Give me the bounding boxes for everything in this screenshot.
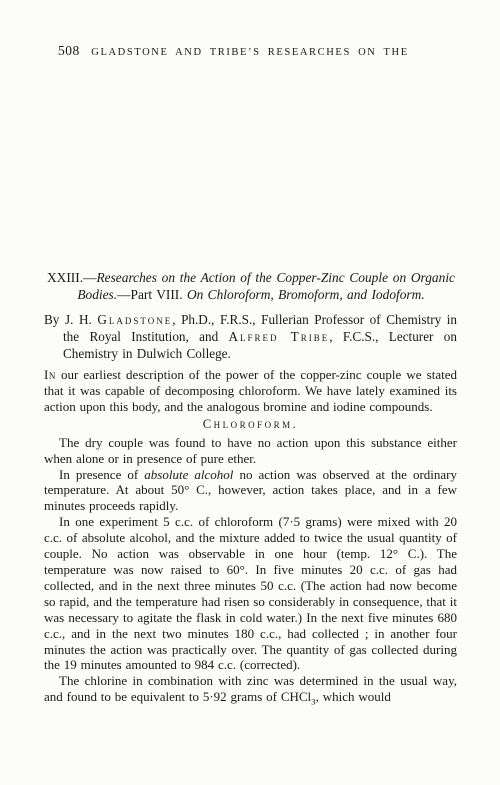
page-number: 508 <box>58 44 80 58</box>
section-heading: Chloroform. <box>44 416 457 432</box>
paragraph-experiment: In one experiment 5 c.c. of chloroform (… <box>44 514 457 673</box>
text-segment: absolute alcohol <box>144 467 233 482</box>
text-segment: Gladstone <box>97 312 172 327</box>
text-segment: , which would <box>316 689 391 704</box>
text-segment: In <box>44 367 56 382</box>
paragraph-dry-couple: The dry couple was found to have no acti… <box>44 435 457 467</box>
text-segment: On Chloroform, Bromoform, and Iodoform. <box>187 287 425 302</box>
text-segment: —Part VIII. <box>117 287 187 302</box>
text-segment: In one experiment 5 c.c. of chloroform (… <box>44 514 457 672</box>
intro-paragraph: In our earliest description of the power… <box>44 367 457 415</box>
text-segment: XXIII.— <box>47 270 96 285</box>
article-title: XXIII.—Researches on the Action of the C… <box>47 269 455 303</box>
text-segment: By J. H. <box>44 312 97 327</box>
text-segment: our earliest description of the power of… <box>44 367 457 414</box>
text-segment: The dry couple was found to have no acti… <box>44 435 457 466</box>
text-segment: Alfred Tribe <box>229 329 330 344</box>
byline: By J. H. Gladstone, Ph.D., F.R.S., Fulle… <box>44 311 457 363</box>
text-segment: The chlorine in combination with zinc wa… <box>44 673 457 704</box>
text-segment: In presence of <box>59 467 144 482</box>
paragraph-chlorine: The chlorine in combination with zinc wa… <box>44 673 457 705</box>
paragraph-absolute-alcohol: In presence of absolute alcohol no actio… <box>44 467 457 515</box>
article-body: In our earliest description of the power… <box>44 367 457 705</box>
document-page: 508 GLADSTONE AND TRIBE’S RESEARCHES ON … <box>0 0 500 785</box>
page-header: 508 GLADSTONE AND TRIBE’S RESEARCHES ON … <box>44 44 456 60</box>
running-title: GLADSTONE AND TRIBE’S RESEARCHES ON THE <box>91 47 408 58</box>
